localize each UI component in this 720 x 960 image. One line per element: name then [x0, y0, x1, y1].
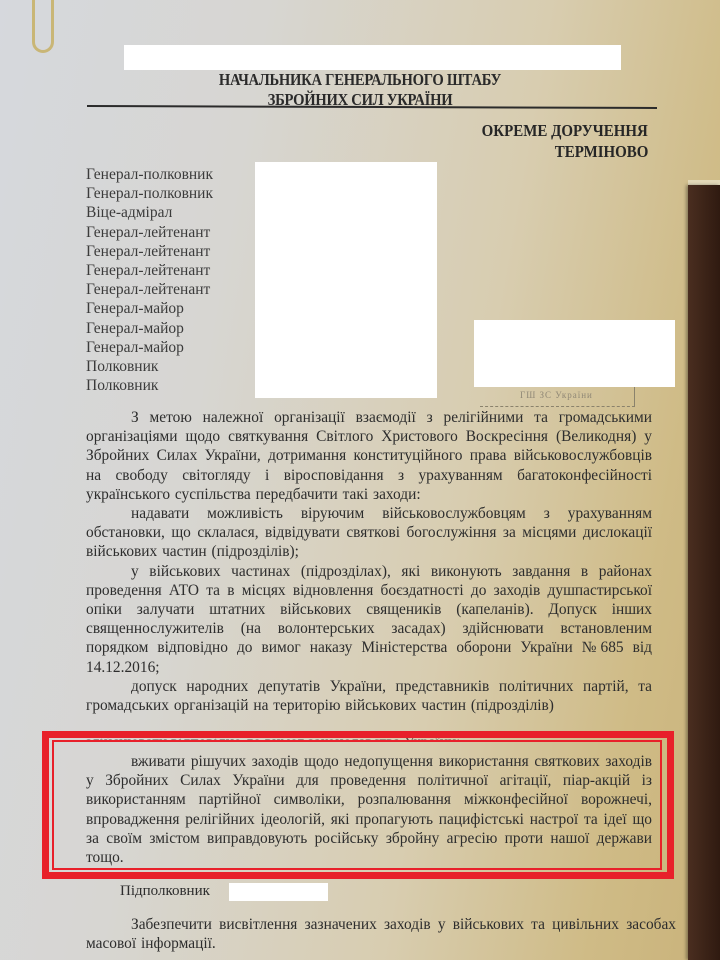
redaction-block-signer	[229, 883, 328, 901]
addressee-rank: Генерал-лейтенант	[86, 242, 213, 261]
document-type: ОКРЕМЕ ДОРУЧЕННЯ	[482, 121, 648, 141]
signer-rank: Підполковник	[120, 883, 210, 900]
addressee-rank: Генерал-полковник	[86, 165, 213, 184]
addressee-rank: Полковник	[86, 357, 213, 376]
addressee-rank: Віце-адмірал	[86, 203, 213, 222]
addressee-rank: Генерал-майор	[86, 299, 213, 318]
addressee-rank: Генерал-полковник	[86, 184, 213, 203]
urgency-label: ТЕРМІНОВО	[554, 142, 648, 162]
addressee-rank: Генерал-лейтенант	[86, 280, 213, 299]
closing-paragraph: Забезпечити висвітлення зазначених заход…	[86, 915, 676, 953]
redaction-block-title	[124, 45, 621, 70]
body-section-1: З метою належної організації взаємодії з…	[86, 408, 652, 715]
header-line-1: НАЧАЛЬНИКА ГЕНЕРАЛЬНОГО ШТАБУ	[50, 70, 669, 90]
measure-item-2: у військових частинах (підрозділах), які…	[86, 562, 652, 677]
highlight-frame-inner	[52, 740, 662, 870]
measure-item-1: надавати можливість віруючим військовосл…	[86, 504, 652, 562]
addressee-list: Генерал-полковник Генерал-полковник Віце…	[86, 165, 213, 395]
paperclip-icon	[32, 0, 54, 53]
desk-background	[688, 185, 720, 960]
addressee-rank: Генерал-лейтенант	[86, 223, 213, 242]
measure-item-3: допуск народних депутатів України, предс…	[86, 677, 652, 715]
addressee-rank: Полковник	[86, 376, 213, 395]
addressee-rank: Генерал-майор	[86, 338, 213, 357]
intro-paragraph: З метою належної організації взаємодії з…	[86, 408, 652, 504]
closing-section: Забезпечити висвітлення зазначених заход…	[86, 915, 676, 953]
addressee-rank: Генерал-лейтенант	[86, 261, 213, 280]
redaction-block-names	[255, 162, 437, 398]
addressee-rank: Генерал-майор	[86, 319, 213, 338]
stamp-text: ГШ ЗС України	[520, 390, 593, 400]
redaction-block-stamp	[474, 320, 675, 387]
